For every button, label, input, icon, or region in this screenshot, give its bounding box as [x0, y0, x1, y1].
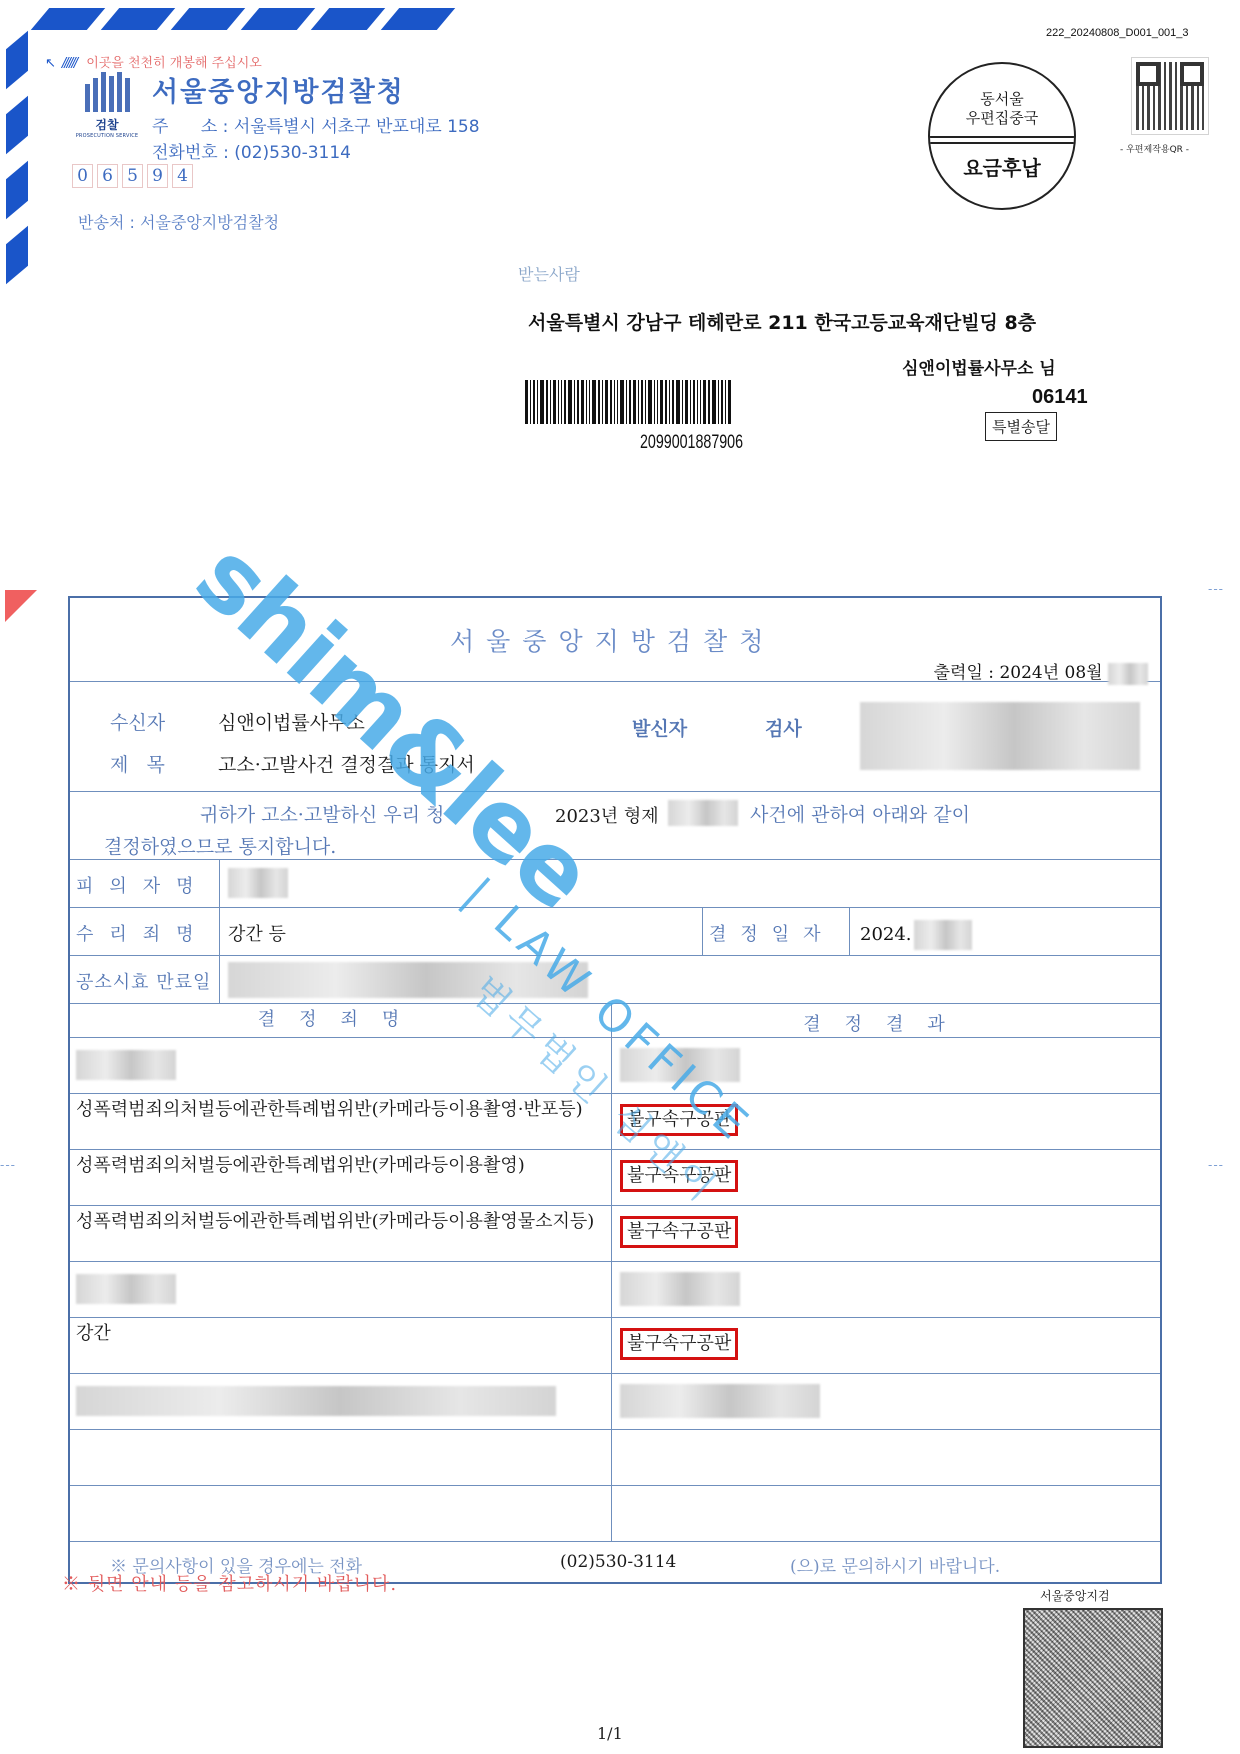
subject-field-label: 제 목 [110, 750, 165, 777]
decision-results-table: 결정죄명 결정결과 성폭력범죄의처벌등에관한특례법위반(카메라등이용촬영·반포등… [70, 1004, 1160, 1542]
redacted-block [76, 1050, 176, 1080]
airmail-stripe-top [10, 8, 480, 34]
result-value [612, 1374, 1160, 1429]
barcode-icon [525, 380, 850, 424]
result-charge: 성폭력범죄의처벌등에관한특례법위반(카메라등이용촬영) [70, 1150, 612, 1205]
redacted-block [914, 920, 972, 950]
arrow-icon: ↖ [45, 56, 56, 71]
result-row [70, 1038, 1160, 1094]
result-row [70, 1374, 1160, 1430]
recipient-label: 받는사람 [518, 262, 580, 285]
result-charge: 강간 [70, 1318, 612, 1373]
highlighted-result: 불구속구공판 [620, 1216, 738, 1248]
result-row: 성폭력범죄의처벌등에관한특례법위반(카메라등이용촬영·반포등)불구속구공판 [70, 1094, 1160, 1150]
open-instruction: ↖//////이곳을 천천히 개봉해 주십시오 [45, 52, 262, 71]
return-address: 반송처 : 서울중앙지방검찰청 [78, 210, 279, 233]
page-number: 1/1 [597, 1724, 623, 1743]
result-row [70, 1430, 1160, 1486]
inquiry-phone: (02)530-3114 [560, 1552, 676, 1572]
recipient-field-value: 심앤이법률사무소 [218, 708, 365, 735]
highlighted-result: 불구속구공판 [620, 1160, 738, 1192]
result-charge [70, 1486, 612, 1541]
redacted-block [228, 962, 588, 998]
recipient-zip: 06141 [1032, 386, 1088, 409]
suspect-row: 피의자명 [70, 860, 1160, 908]
redacted-block [620, 1272, 740, 1306]
postal-qr-label: - 우편제작용QR - [1120, 142, 1189, 155]
fold-mark: --- [1208, 582, 1224, 596]
result-row [70, 1262, 1160, 1318]
result-value [612, 1262, 1160, 1317]
sender-address: 주 소 : 서울특별시 서초구 반포대로 158 [152, 112, 480, 137]
form-org-title: 서울중앙지방검찰청 [450, 622, 775, 658]
result-charge: 성폭력범죄의처벌등에관한특례법위반(카메라등이용촬영물소지등) [70, 1206, 612, 1261]
print-date: 출력일 : 2024년 08월 [934, 658, 1148, 685]
delivery-type-badge: 특별송달 [985, 412, 1057, 441]
hatch-mark: ////// [62, 56, 76, 71]
court-2d-code-icon [1023, 1608, 1163, 1748]
case-number: 2023년 형제 [555, 802, 659, 828]
redacted-block [620, 1384, 820, 1418]
decision-notice-form: 서울중앙지방검찰청 출력일 : 2024년 08월 수신자 심앤이법률사무소 발… [68, 596, 1162, 1584]
form-title-row: 서울중앙지방검찰청 출력일 : 2024년 08월 [70, 598, 1160, 682]
sender-tel: 전화번호 : (02)530-3114 [152, 138, 351, 163]
recipient-name: 심앤이법률사무소 님 [902, 354, 1056, 379]
tear-corner-mark [5, 590, 37, 622]
sender-zip: 0 6 5 9 4 [72, 164, 193, 188]
result-value: 불구속구공판 [612, 1094, 1160, 1149]
recipient-address: 서울특별시 강남구 테헤란로 211 한국고등교육재단빌딩 8층 [528, 308, 1036, 335]
results-header-row: 결정죄명 결정결과 [70, 1004, 1160, 1038]
highlighted-result: 불구속구공판 [620, 1328, 738, 1360]
fold-mark: --- [1208, 1158, 1224, 1172]
redacted-block [860, 702, 1140, 770]
redacted-block [228, 868, 288, 898]
postal-qr-code-icon [1132, 58, 1208, 134]
result-row: 성폭력범죄의처벌등에관한특례법위반(카메라등이용촬영물소지등)불구속구공판 [70, 1206, 1160, 1262]
result-charge [70, 1374, 612, 1429]
statute-row: 공소시효 만료일 [70, 956, 1160, 1004]
recipient-field-label: 수신자 [110, 708, 165, 735]
fold-mark: --- [0, 1158, 16, 1172]
redacted-block [620, 1048, 740, 1082]
result-row [70, 1486, 1160, 1542]
result-value [612, 1038, 1160, 1093]
court-qr-label: 서울중앙지검 [1040, 1587, 1110, 1604]
result-charge: 성폭력범죄의처벌등에관한특례법위반(카메라등이용촬영·반포등) [70, 1094, 612, 1149]
redacted-block [76, 1386, 556, 1416]
postmark-stamp: 동서울우편집중국 요금후납 [928, 62, 1076, 210]
result-row: 강간불구속구공판 [70, 1318, 1160, 1374]
sender-field-label: 발신자 [632, 714, 687, 741]
result-charge [70, 1430, 612, 1485]
logo-text-ko: 검찰 [72, 116, 142, 133]
back-page-note: ※ 뒷면 안내 등을 참고하시기 바랍니다. [62, 1570, 397, 1596]
redacted-block [76, 1274, 176, 1304]
result-value [612, 1430, 1160, 1485]
sender-field-title: 검사 [765, 714, 802, 741]
result-value: 불구속구공판 [612, 1150, 1160, 1205]
document-code: 222_20240808_D001_001_3 [1046, 27, 1189, 39]
result-value: 불구속구공판 [612, 1318, 1160, 1373]
result-value: 불구속구공판 [612, 1206, 1160, 1261]
result-row: 성폭력범죄의처벌등에관한특례법위반(카메라등이용촬영)불구속구공판 [70, 1150, 1160, 1206]
sender-name: 서울중앙지방검찰청 [152, 70, 405, 109]
subject-field-value: 고소·고발사건 결정결과 통지서 [218, 750, 475, 777]
redacted-block [668, 800, 738, 826]
form-header-block: 수신자 심앤이법률사무소 발신자 검사 제 목 고소·고발사건 결정결과 통지서 [70, 682, 1160, 792]
logo-bars-icon [72, 72, 142, 112]
airmail-stripe-left [6, 20, 30, 290]
barcode-number: 2099001887906 [640, 432, 743, 454]
charge-value: 강간 등 [220, 908, 286, 955]
prosecution-logo: 검찰 PROSECUTION SERVICE [72, 72, 142, 139]
logo-text-en: PROSECUTION SERVICE [72, 133, 142, 139]
decision-date: 2024. [860, 920, 972, 950]
charge-row: 수리죄명 강간 등 결정일자 2024. [70, 908, 1160, 956]
result-charge [70, 1262, 612, 1317]
highlighted-result: 불구속구공판 [620, 1104, 738, 1136]
result-charge [70, 1038, 612, 1093]
result-value [612, 1486, 1160, 1541]
notice-body: 귀하가 고소·고발하신 우리 청 2023년 형제 사건에 관하여 아래와 같이… [70, 792, 1160, 860]
